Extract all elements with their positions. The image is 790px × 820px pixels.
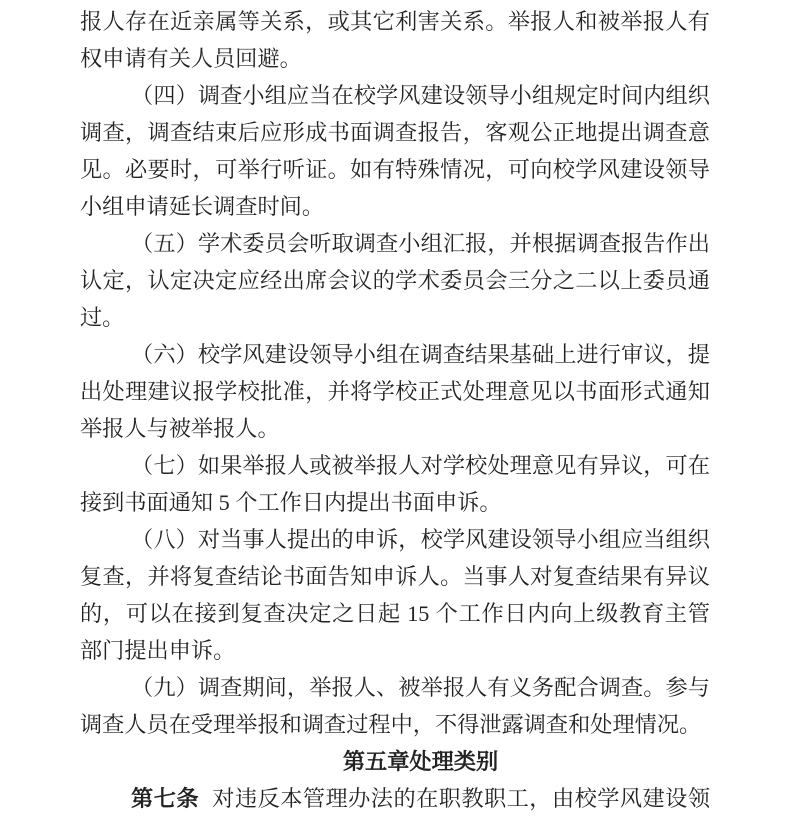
body-paragraph: （九）调查期间，举报人、被举报人有义务配合调查。参与调查人员在受理举报和调查过程… <box>80 669 710 743</box>
body-paragraph: 报人存在近亲属等关系，或其它利害关系。举报人和被举报人有权申请有关人员回避。 <box>80 3 710 77</box>
article-text: 对违反本管理办法的在职教职工，由校学风建设领 <box>212 786 710 811</box>
body-paragraph: （六）校学风建设领导小组在调查结果基础上进行审议，提出处理建议报学校批准，并将学… <box>80 336 710 447</box>
article-paragraph: 第七条对违反本管理办法的在职教职工，由校学风建设领 <box>80 780 710 817</box>
document-page: 报人存在近亲属等关系，或其它利害关系。举报人和被举报人有权申请有关人员回避。 （… <box>0 0 790 820</box>
body-paragraph: （五）学术委员会听取调查小组汇报，并根据调查报告作出认定，认定决定应经出席会议的… <box>80 225 710 336</box>
body-paragraph: （八）对当事人提出的申诉，校学风建设领导小组应当组织复查，并将复查结论书面告知申… <box>80 521 710 669</box>
body-paragraph: （七）如果举报人或被举报人对学校处理意见有异议，可在接到书面通知 5 个工作日内… <box>80 447 710 521</box>
body-paragraph: （四）调查小组应当在校学风建设领导小组规定时间内组织调查，调查结束后应形成书面调… <box>80 77 710 225</box>
article-number: 第七条 <box>131 786 199 811</box>
chapter-heading: 第五章处理类别 <box>80 743 710 780</box>
